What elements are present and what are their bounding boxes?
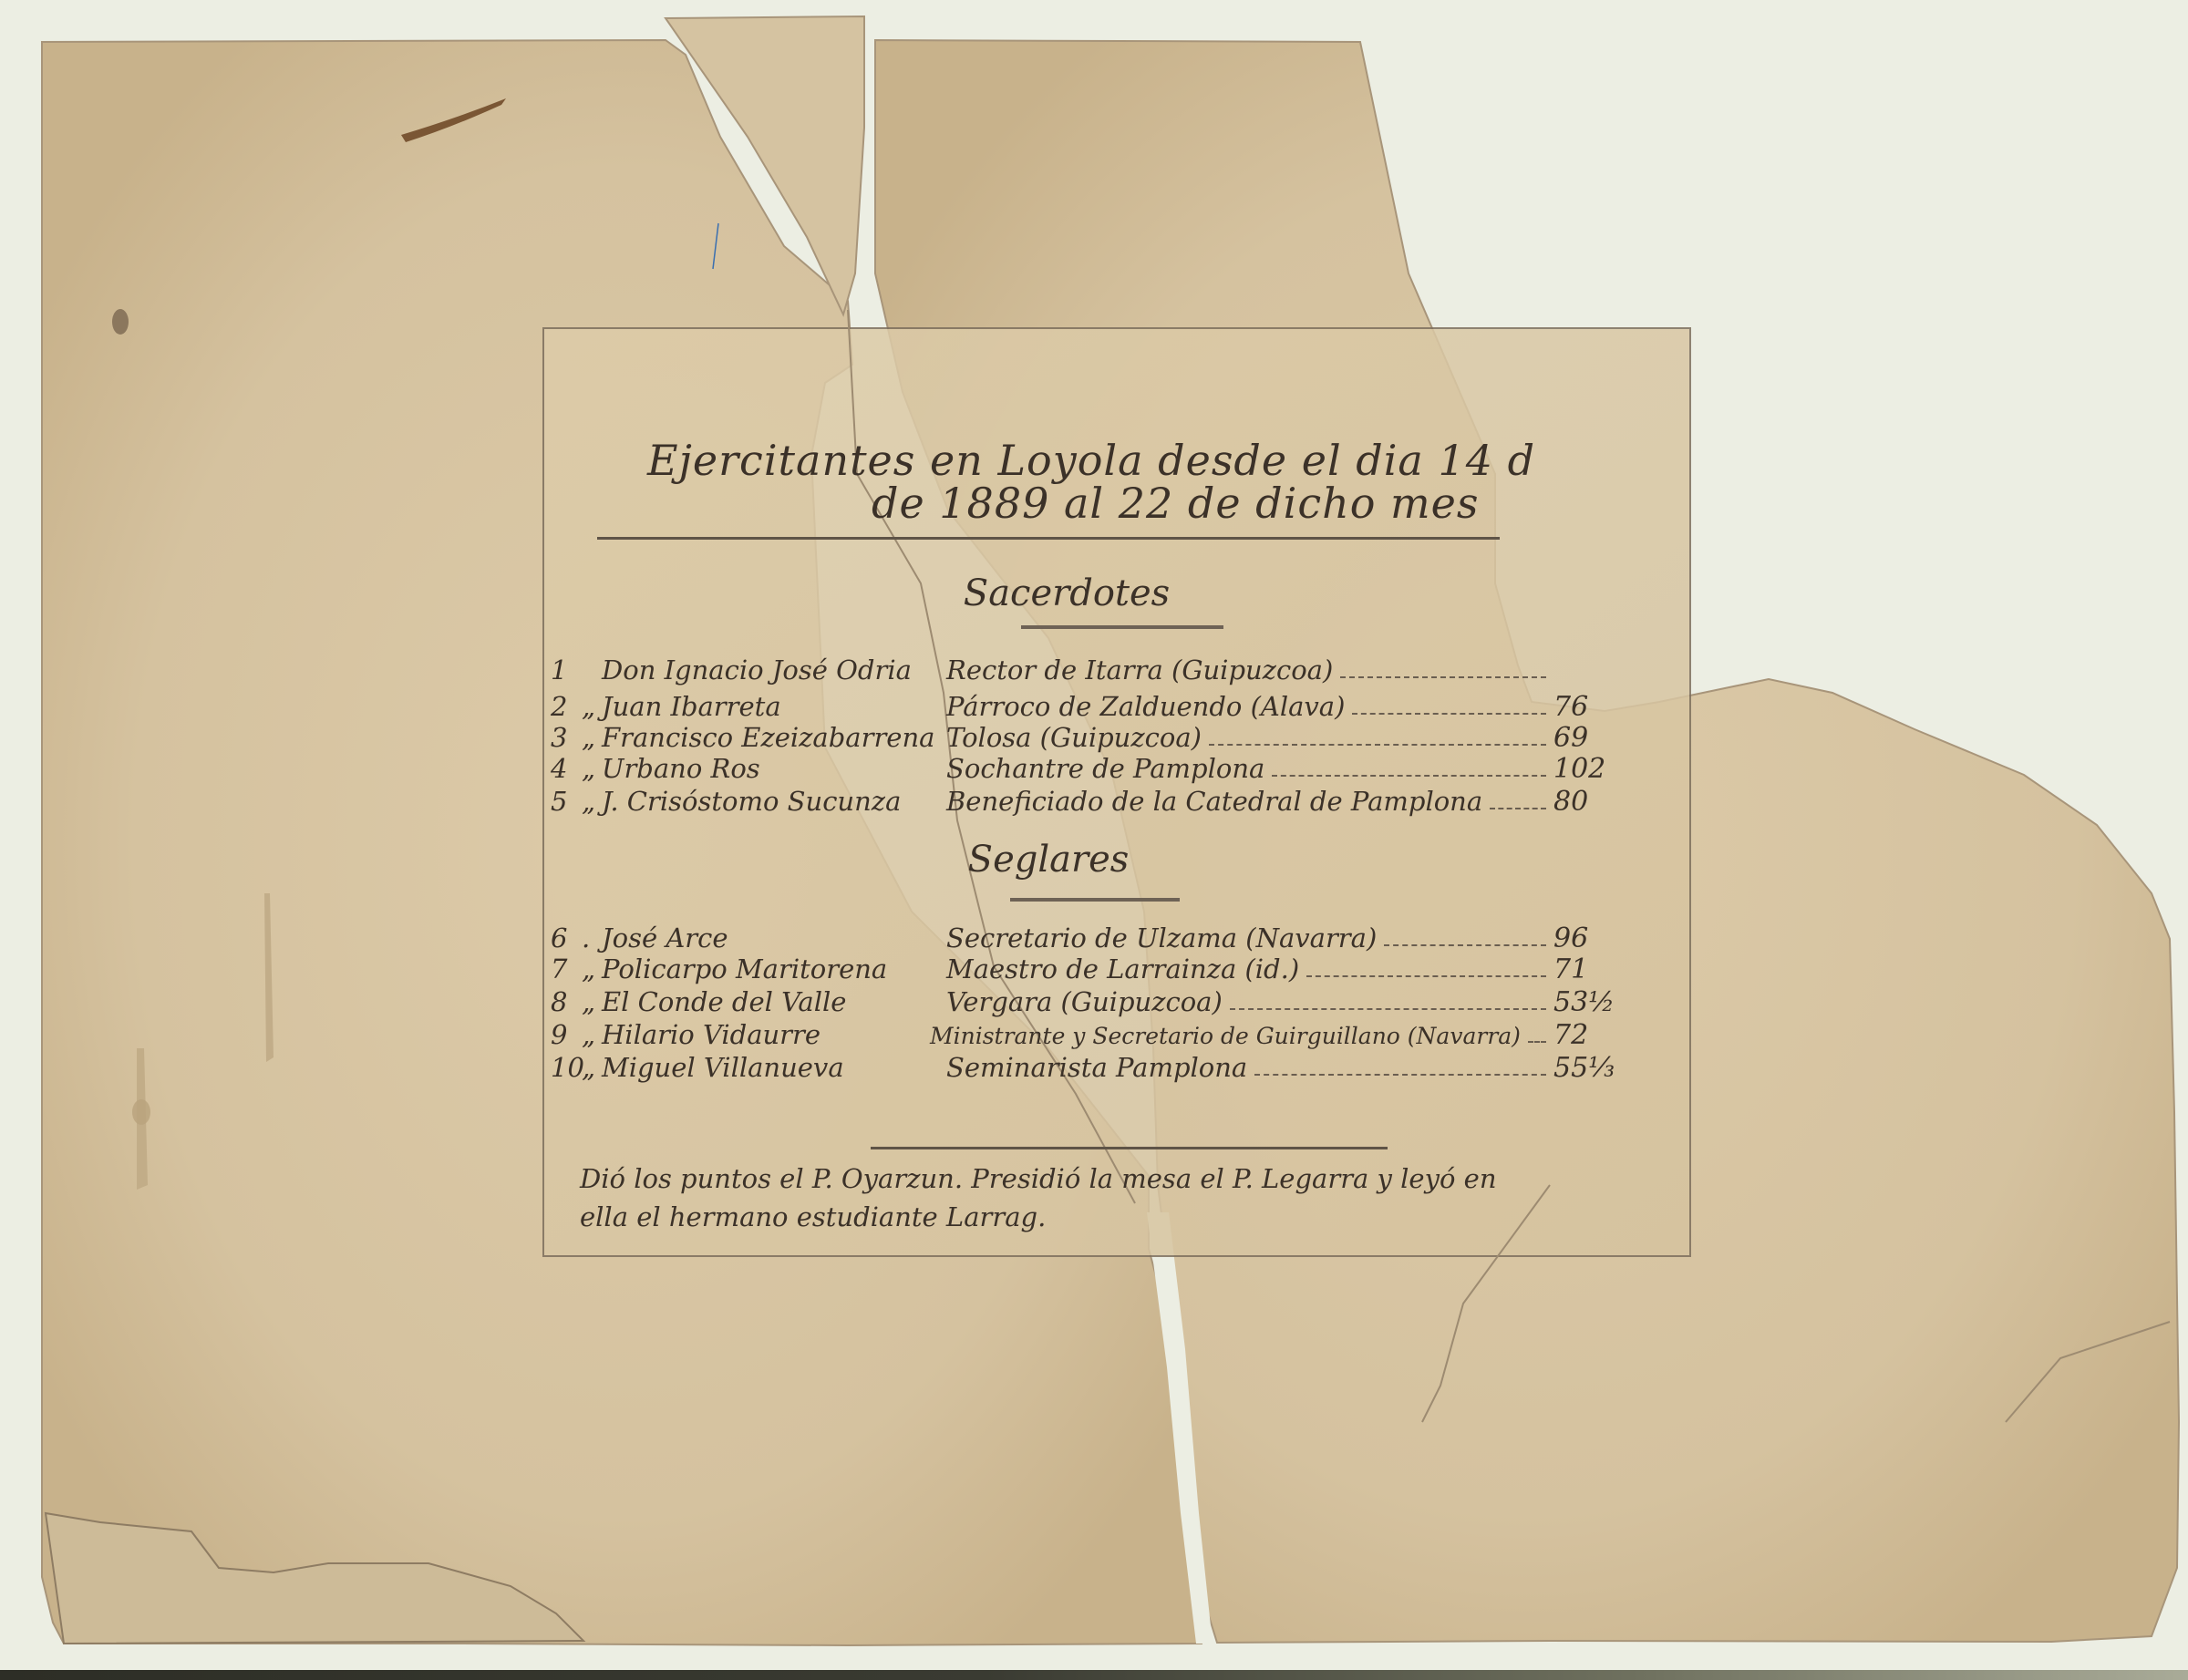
entry-ditto: „ [582, 953, 602, 984]
dotted-leader [1352, 712, 1546, 715]
footnote-line-2: ella el hermano estudiante Larrag. [580, 1198, 1656, 1236]
entry-number: 8 [551, 986, 582, 1017]
entry-number: 1 [551, 654, 582, 685]
list-item: 7 „ Policarpo Maritorena Maestro de Larr… [551, 953, 1617, 984]
list-item: 3 „ Francisco Ezeizabarrena Tolosa (Guip… [551, 722, 1617, 753]
entry-role: Maestro de Larrainza (id.) [946, 953, 1299, 984]
entry-name: Don Ignacio José Odria [602, 654, 946, 685]
dotted-leader [1230, 1007, 1546, 1010]
entry-name: J. Crisóstomo Sucunza [602, 786, 946, 817]
dotted-leader [1384, 943, 1546, 946]
section-rule-seglares [1010, 898, 1180, 902]
dotted-leader [1254, 1073, 1546, 1076]
ink-blot [112, 309, 129, 335]
list-item: 6 . José Arce Secretario de Ulzama (Nava… [551, 922, 1617, 953]
footnote: Dió los puntos el P. Oyarzun. Presidió l… [580, 1160, 1656, 1236]
entry-number: 4 [551, 753, 582, 784]
entry-name: Policarpo Maritorena [602, 953, 946, 984]
entry-role: Seminarista Pamplona [946, 1052, 1247, 1083]
entry-number: 3 [551, 722, 582, 753]
entry-ditto: „ [582, 753, 602, 784]
entry-role: Tolosa (Guipuzcoa) [946, 722, 1202, 753]
entry-score: 102 [1553, 753, 1617, 785]
entry-name: El Conde del Valle [602, 986, 946, 1017]
entry-role: Secretario de Ulzama (Navarra) [946, 922, 1377, 953]
entry-score: 55⅓ [1553, 1052, 1617, 1084]
entry-number: 9 [551, 1019, 582, 1050]
entry-ditto: „ [582, 1019, 602, 1050]
entry-ditto: „ [582, 986, 602, 1017]
entry-ditto: . [582, 922, 602, 953]
entry-number: 2 [551, 691, 582, 722]
footnote-rule [871, 1147, 1388, 1149]
entry-role: Sochantre de Pamplona [946, 753, 1264, 784]
entry-number: 6 [551, 922, 582, 953]
entry-score: 96 [1553, 922, 1617, 954]
entry-score: 76 [1553, 691, 1617, 723]
list-item: 9 „ Hilario Vidaurre Ministrante y Secre… [551, 1019, 1617, 1050]
entry-name: Miguel Villanueva [602, 1052, 946, 1083]
entry-role: Beneficiado de la Catedral de Pamplona [946, 786, 1482, 817]
entry-role: Ministrante y Secretario de Guirguillano… [930, 1023, 1521, 1049]
dotted-leader [1272, 774, 1546, 777]
list-item: 1 Don Ignacio José Odria Rector de Itarr… [551, 654, 1617, 685]
list-item: 4 „ Urbano Ros Sochantre de Pamplona 102 [551, 753, 1617, 784]
list-item: 2 „ Juan Ibarreta Párroco de Zalduendo (… [551, 691, 1617, 722]
scanner-edge-bar [0, 1670, 2188, 1680]
dotted-leader [1528, 1040, 1546, 1043]
dotted-leader [1340, 675, 1546, 678]
title-rule [597, 537, 1500, 540]
section-heading-sacerdotes: Sacerdotes [930, 572, 1203, 614]
entry-score: 71 [1553, 953, 1617, 985]
entry-role: Rector de Itarra (Guipuzcoa) [946, 654, 1333, 685]
entry-name: Urbano Ros [602, 753, 946, 784]
dotted-leader [1209, 743, 1546, 746]
entry-score: 80 [1553, 786, 1617, 818]
document-title-line-1: Ejercitantes en Loyola desde el dia 14 d [647, 436, 1535, 485]
list-item: 8 „ El Conde del Valle Vergara (Guipuzco… [551, 986, 1617, 1017]
section-rule-sacerdotes [1021, 625, 1223, 629]
drip-stain [132, 1099, 150, 1125]
entry-name: Hilario Vidaurre [602, 1019, 930, 1050]
entry-role: Párroco de Zalduendo (Alava) [946, 691, 1345, 722]
entry-name: Francisco Ezeizabarrena [602, 722, 946, 753]
entry-number: 10 [551, 1052, 582, 1083]
entry-number: 5 [551, 786, 582, 817]
entry-ditto: „ [582, 691, 602, 722]
entry-name: Juan Ibarreta [602, 691, 946, 722]
entry-score: 69 [1553, 722, 1617, 754]
entry-ditto: „ [582, 786, 602, 817]
entry-ditto: „ [582, 1052, 602, 1083]
entry-ditto: „ [582, 722, 602, 753]
dotted-leader [1306, 974, 1546, 977]
dotted-leader [1490, 807, 1546, 809]
list-item: 10 „ Miguel Villanueva Seminarista Pampl… [551, 1052, 1617, 1083]
entry-number: 7 [551, 953, 582, 984]
entry-role: Vergara (Guipuzcoa) [946, 986, 1223, 1017]
footnote-line-1: Dió los puntos el P. Oyarzun. Presidió l… [580, 1160, 1656, 1198]
section-heading-seglares: Seglares [912, 839, 1185, 881]
entry-score: 72 [1553, 1019, 1617, 1051]
entry-name: José Arce [602, 922, 946, 953]
document-title-line-2: de 1889 al 22 de dicho mes [872, 479, 1480, 528]
list-item: 5 „ J. Crisóstomo Sucunza Beneficiado de… [551, 786, 1617, 817]
entry-score: 53½ [1553, 986, 1617, 1018]
